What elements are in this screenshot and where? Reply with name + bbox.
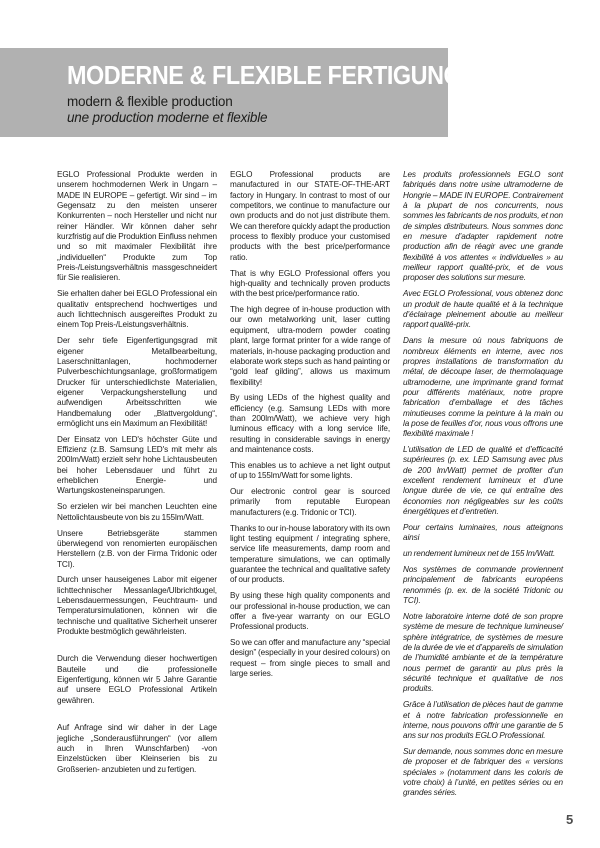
page-title: MODERNE & FLEXIBLE FERTIGUNG — [67, 62, 461, 88]
paragraph: So we can offer and manufacture any “spe… — [230, 638, 390, 679]
paragraph: Auf Anfrage sind wir daher in der Lage j… — [57, 723, 217, 775]
paragraph: Der sehr tiefe Eigenfertigungsgrad mit e… — [57, 336, 217, 429]
paragraph: So erzielen wir bei manchen Leuchten ein… — [57, 502, 217, 523]
text-columns: EGLO Professional Produkte werden in uns… — [57, 170, 563, 804]
paragraph: That is why EGLO Professional offers you… — [230, 269, 390, 300]
paragraph: By using these high quality components a… — [230, 591, 390, 632]
paragraph: Grâce à l’utilisation de pièces haut de … — [403, 700, 563, 741]
subtitle-french: une production moderne et flexible — [67, 110, 267, 126]
paragraph: L’utilisation de LED de qualité et d’eff… — [403, 445, 563, 517]
paragraph: Sur demande, nous sommes donc en mesure … — [403, 747, 563, 799]
paragraph: The high degree of in-house production w… — [230, 305, 390, 388]
paragraph: Unsere Betriebsgeräte stammen überwiegen… — [57, 529, 217, 570]
paragraph: Sie erhalten daher bei EGLO Professional… — [57, 289, 217, 330]
page-number: 5 — [566, 812, 573, 827]
paragraph: By using LEDs of the highest quality and… — [230, 393, 390, 455]
column-english: EGLO Professional products are manufactu… — [230, 170, 390, 804]
paragraph: Nos systèmes de commande proviennent pri… — [403, 565, 563, 606]
paragraph: EGLO Professional products are manufactu… — [230, 170, 390, 263]
paragraph: Durch die Verwendung dieser hochwertigen… — [57, 654, 217, 706]
paragraph: Pour certains luminaires, nous atteignon… — [403, 523, 563, 544]
paragraph: Les produits professionnels EGLO sont fa… — [403, 170, 563, 284]
paragraph: Der Einsatz von LED's höchster Güte und … — [57, 435, 217, 497]
catalog-page: MODERNE & FLEXIBLE FERTIGUNG modern & fl… — [0, 0, 600, 848]
paragraph: Durch unser hauseigenes Labor mit eigene… — [57, 575, 217, 637]
subtitle-english: modern & flexible production — [67, 94, 233, 110]
paragraph: Avec EGLO Professional, vous obtenez don… — [403, 289, 563, 330]
paragraph: Dans la mesure où nous fabriquons de nom… — [403, 336, 563, 439]
paragraph: EGLO Professional Produkte werden in uns… — [57, 170, 217, 284]
paragraph: un rendement lumineux net de 155 lm/Watt… — [403, 549, 563, 559]
paragraph: This enables us to achieve a net light o… — [230, 461, 390, 482]
paragraph: Notre laboratoire interne doté de son pr… — [403, 612, 563, 695]
column-german: EGLO Professional Produkte werden in uns… — [57, 170, 217, 804]
paragraph: Our electronic control gear is sourced p… — [230, 487, 390, 518]
column-french: Les produits professionnels EGLO sont fa… — [403, 170, 563, 804]
paragraph: Thanks to our in-house laboratory with i… — [230, 524, 390, 586]
